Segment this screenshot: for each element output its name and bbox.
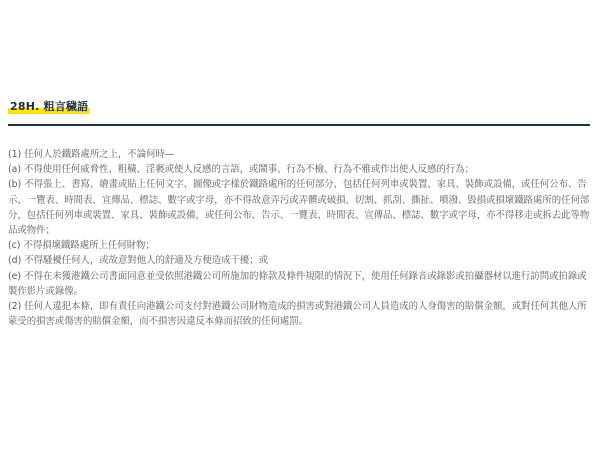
clause-1b: (b) 不得張上、書寫、繪畫或貼上任何文字、圖像或字樣於鐵路處所的任何部分，包括… <box>8 177 594 238</box>
clause-1c: (c) 不得損壞鐵路處所上任何財物； <box>8 238 594 253</box>
clause-1: (1) 任何人於鐵路處所之上，不論何時— <box>8 147 594 162</box>
clause-1e: (e) 不得在未獲港鐵公司書面同意並受依照港鐵公司所施加的條款及條件規限的情況下… <box>8 269 594 299</box>
clause-list: (1) 任何人於鐵路處所之上，不論何時— (a) 不得使用任何威脅性、粗穢、淫褻… <box>8 147 594 329</box>
heading-text: 28H. 粗言穢語 <box>10 100 88 113</box>
section-heading: 28H. 粗言穢語 <box>8 100 90 114</box>
clause-2: (2) 任何人違犯本條，即有責任向港鐵公司支付對港鐵公司財物造成的損害或對港鐵公… <box>8 299 594 329</box>
clause-1d: (d) 不得騷擾任何人，或故意對他人的舒適及方便造成干擾；或 <box>8 253 594 268</box>
clause-1a: (a) 不得使用任何威脅性、粗穢、淫褻或使人反感的言語，或鬧事、行為不檢、行為不… <box>8 162 594 177</box>
heading-divider <box>8 124 590 126</box>
section-heading-wrap: 28H. 粗言穢語 <box>8 95 90 114</box>
